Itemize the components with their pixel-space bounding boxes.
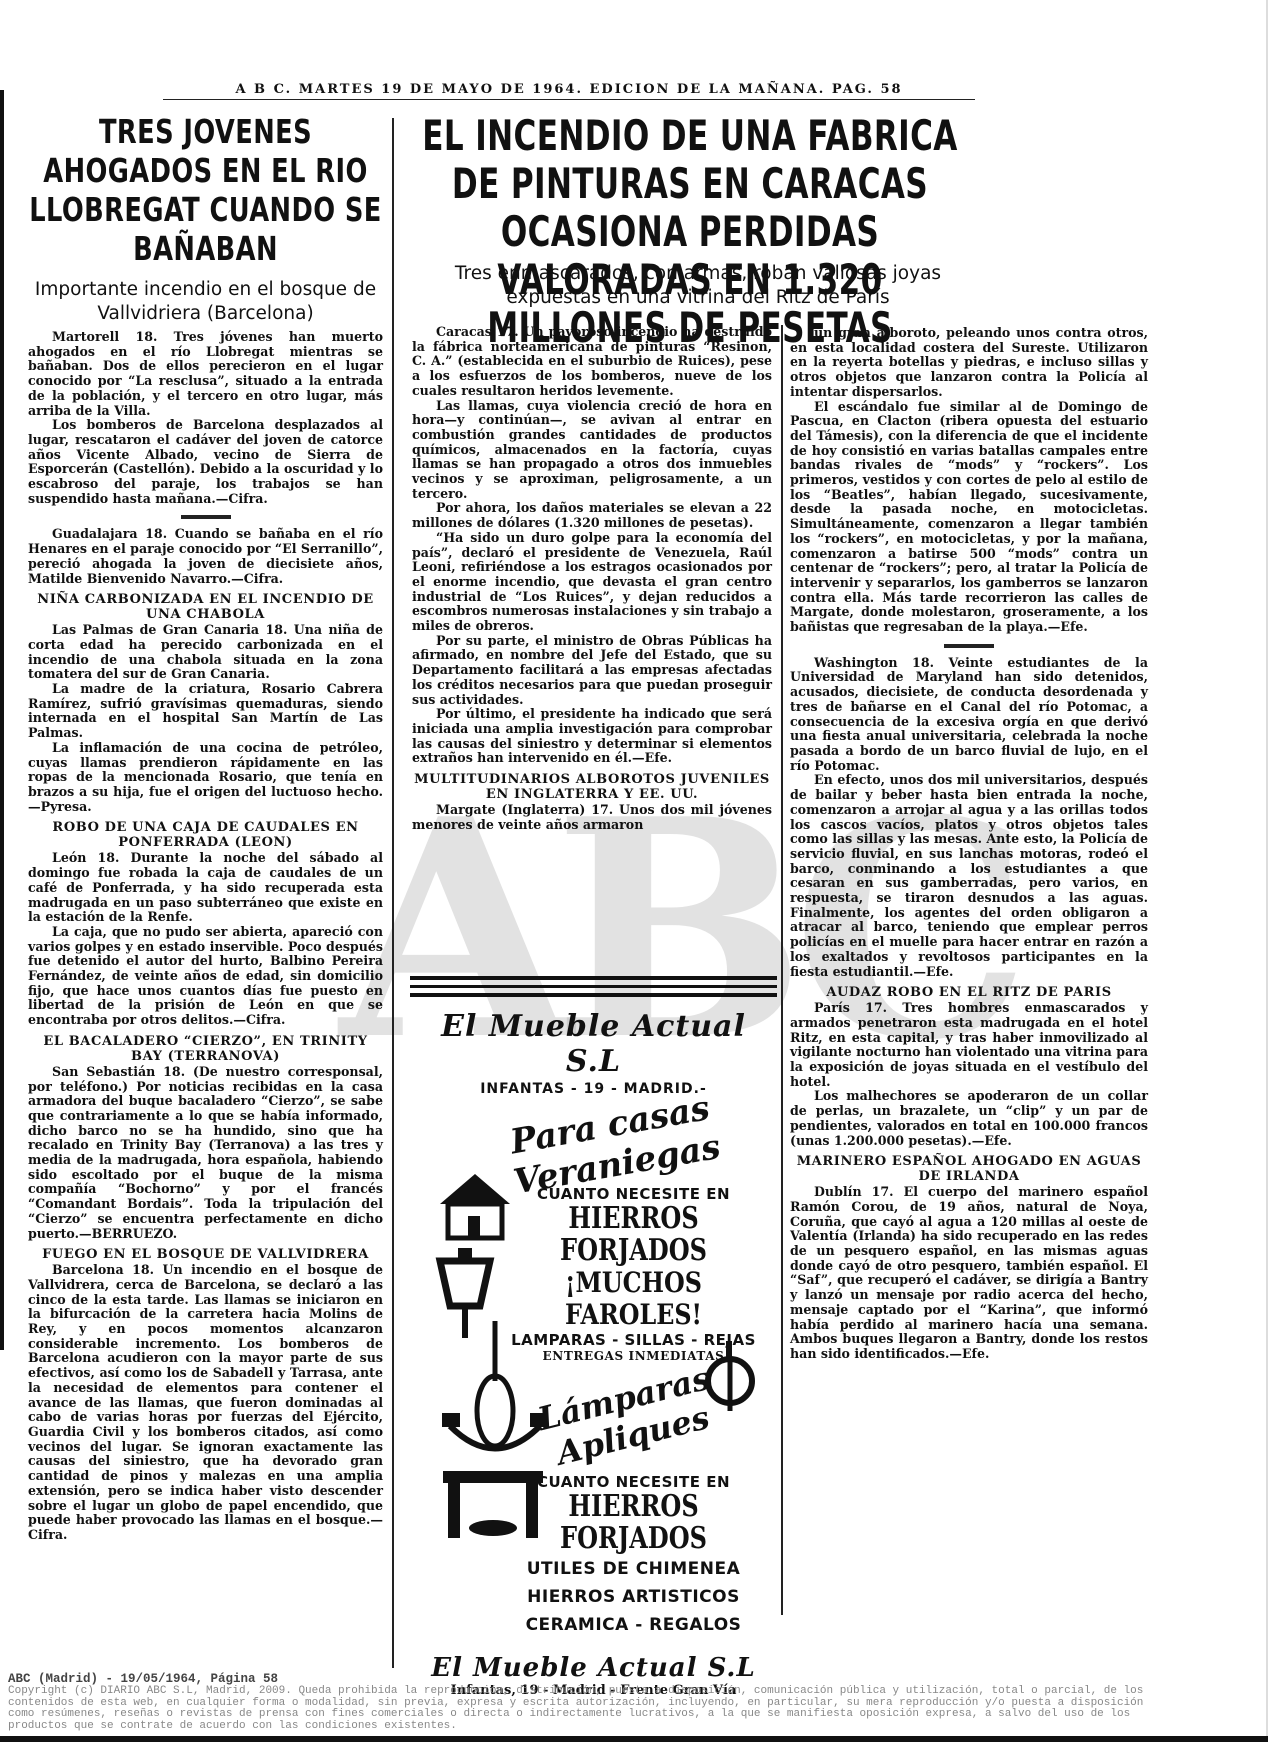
left-headline: TRES JOVENES AHOGADOS EN EL RIO LLOBREGA… <box>28 112 383 268</box>
column-divider <box>781 325 783 1615</box>
advertisement-el-mueble-actual: El Mueble Actual S.L INFANTAS - 19 - MAD… <box>410 976 777 1556</box>
story-heading: MULTITUDINARIOS ALBOROTOS JUVENILES EN I… <box>412 772 772 802</box>
story-paragraph: Guadalajara 18. Cuando se bañaba en el r… <box>28 527 383 586</box>
left-stories: Martorell 18. Tres jóvenes han muerto ah… <box>28 330 383 1543</box>
story-paragraph: Por último, el presidente ha indicado qu… <box>412 707 772 766</box>
ad-line: HIERROS ARTISTICOS <box>490 1583 777 1611</box>
story-paragraph: Los bomberos de Barcelona desplazados al… <box>28 418 383 506</box>
page-footer: ABC (Madrid) - 19/05/1964, Página 58 Cop… <box>8 1672 1263 1732</box>
main-headline-block: EL INCENDIO DE UNA FABRICA DE PINTURAS E… <box>400 112 980 262</box>
ad-line: CERAMICA - REGALOS <box>490 1611 777 1639</box>
ad-line: HIERROS FORJADOS <box>519 1491 749 1555</box>
ad-line: HIERROS FORJADOS <box>519 1203 749 1267</box>
footer-copyright: Copyright (c) DIARIO ABC S.L, Madrid, 20… <box>8 1686 1263 1732</box>
right-stories: un gran alboroto, peleando unos contra o… <box>790 326 1148 1362</box>
center-stories: Caracas 17. Un pavoroso incendio ha dest… <box>412 325 772 833</box>
main-subheadline: Tres enmascarados, con armas, roban vali… <box>408 262 988 310</box>
right-column: un gran alboroto, peleando unos contra o… <box>790 326 1148 1362</box>
story-paragraph: Los malhechores se apoderaron de un coll… <box>790 1089 1148 1148</box>
story-separator <box>181 515 231 519</box>
story-heading: NIÑA CARBONIZADA EN EL INCENDIO DE UNA C… <box>28 592 383 622</box>
story-paragraph: Washington 18. Veinte estudiantes de la … <box>790 656 1148 774</box>
column-divider <box>392 118 394 1668</box>
story-paragraph: Caracas 17. Un pavoroso incendio ha dest… <box>412 325 772 399</box>
story-paragraph: La caja, que no pudo ser abierta, aparec… <box>28 925 383 1028</box>
story-paragraph: Por su parte, el ministro de Obras Públi… <box>412 634 772 708</box>
story-paragraph: Las Palmas de Gran Canaria 18. Una niña … <box>28 623 383 682</box>
footer-bar <box>0 1736 1268 1742</box>
left-column: TRES JOVENES AHOGADOS EN EL RIO LLOBREGA… <box>28 112 383 1543</box>
center-column: Caracas 17. Un pavoroso incendio ha dest… <box>412 325 772 833</box>
ad-brand: El Mueble Actual S.L <box>410 1009 777 1079</box>
footer-title: ABC (Madrid) - 19/05/1964, Página 58 <box>8 1672 1263 1686</box>
house-icon <box>430 1164 520 1244</box>
story-paragraph: Margate (Inglaterra) 17. Unos dos mil jó… <box>412 803 772 832</box>
story-paragraph: Barcelona 18. Un incendio en el bosque d… <box>28 1263 383 1542</box>
ad-top-rules <box>410 976 777 997</box>
story-paragraph: “Ha sido un duro golpe para la economía … <box>412 531 772 634</box>
story-paragraph: Martorell 18. Tres jóvenes han muerto ah… <box>28 330 383 418</box>
story-separator <box>944 644 994 648</box>
story-paragraph: París 17. Tres hombres enmascarados y ar… <box>790 1001 1148 1089</box>
masthead: A B C. MARTES 19 DE MAYO DE 1964. EDICIO… <box>163 82 975 100</box>
story-heading: ROBO DE UNA CAJA DE CAUDALES EN PONFERRA… <box>28 820 383 850</box>
story-heading: AUDAZ ROBO EN EL RITZ DE PARIS <box>790 985 1148 1000</box>
story-paragraph: La inflamación de una cocina de petróleo… <box>28 741 383 815</box>
story-heading: MARINERO ESPAÑOL AHOGADO EN AGUAS DE IRL… <box>790 1154 1148 1184</box>
story-paragraph: San Sebastián 18. (De nuestro correspons… <box>28 1065 383 1241</box>
fireplace-icon <box>438 1466 548 1546</box>
story-paragraph: León 18. Durante la noche del sábado al … <box>28 851 383 925</box>
story-paragraph: En efecto, unos dos mil universitarios, … <box>790 773 1148 979</box>
left-subheadline: Importante incendio en el bosque de Vall… <box>28 278 383 326</box>
story-heading: EL BACALADERO “CIERZO”, EN TRINITY BAY (… <box>28 1034 383 1064</box>
story-heading: FUEGO EN EL BOSQUE DE VALLVIDRERA <box>28 1247 383 1262</box>
page-edge-left <box>0 90 4 1350</box>
chandelier-icon <box>440 1321 550 1471</box>
story-paragraph: un gran alboroto, peleando unos contra o… <box>790 326 1148 400</box>
story-paragraph: Dublín 17. El cuerpo del marinero españo… <box>790 1185 1148 1361</box>
main-headline: EL INCENDIO DE UNA FABRICA DE PINTURAS E… <box>405 112 975 352</box>
story-paragraph: Por ahora, los daños materiales se eleva… <box>412 501 772 530</box>
story-paragraph: La madre de la criatura, Rosario Cabrera… <box>28 682 383 741</box>
story-paragraph: Las llamas, cuya violencia creció de hor… <box>412 399 772 502</box>
ad-line: UTILES DE CHIMENEA <box>490 1555 777 1583</box>
sconce-icon <box>700 1341 760 1416</box>
story-paragraph: El escándalo fue similar al de Domingo d… <box>790 400 1148 635</box>
